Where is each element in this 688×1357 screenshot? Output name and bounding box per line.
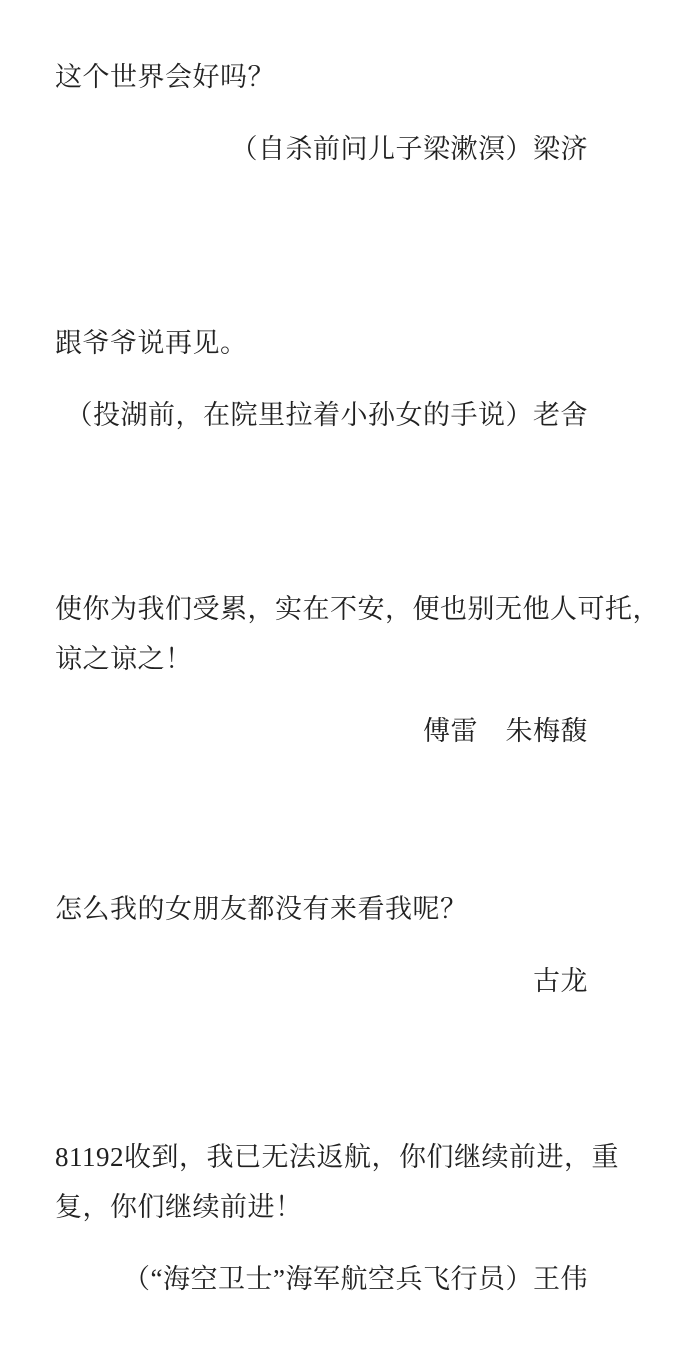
quote-text: 81192收到，我已无法返航，你们继续前进，重 复，你们继续前进！	[55, 1132, 663, 1232]
quote-entry: 怎么我的女朋友都没有来看我呢？ 古龙	[55, 884, 663, 1006]
quote-text: 这个世界会好吗？	[55, 52, 663, 102]
quote-text: 跟爷爷说再见。	[55, 318, 663, 368]
quote-attribution: 傅雷 朱梅馥	[55, 706, 663, 756]
quote-entry: 81192收到，我已无法返航，你们继续前进，重 复，你们继续前进！ （“海空卫士…	[55, 1132, 663, 1304]
quote-attribution: 古龙	[55, 956, 663, 1006]
quote-entry: 这个世界会好吗？ （自杀前问儿子梁漱溟）梁济	[55, 52, 663, 174]
quote-attribution: （“海空卫士”海军航空兵飞行员）王伟	[55, 1254, 663, 1304]
quote-attribution: （投湖前，在院里拉着小孙女的手说）老舍	[55, 390, 663, 440]
quote-text: 怎么我的女朋友都没有来看我呢？	[55, 884, 663, 934]
quote-text: 使你为我们受累，实在不安，便也别无他人可托， 谅之谅之！	[55, 584, 663, 684]
book-page: 这个世界会好吗？ （自杀前问儿子梁漱溟）梁济 跟爷爷说再见。 （投湖前，在院里拉…	[0, 0, 688, 1357]
quote-attribution: （自杀前问儿子梁漱溟）梁济	[55, 124, 663, 174]
quote-entry: 使你为我们受累，实在不安，便也别无他人可托， 谅之谅之！ 傅雷 朱梅馥	[55, 584, 663, 756]
quote-entry: 跟爷爷说再见。 （投湖前，在院里拉着小孙女的手说）老舍	[55, 318, 663, 440]
